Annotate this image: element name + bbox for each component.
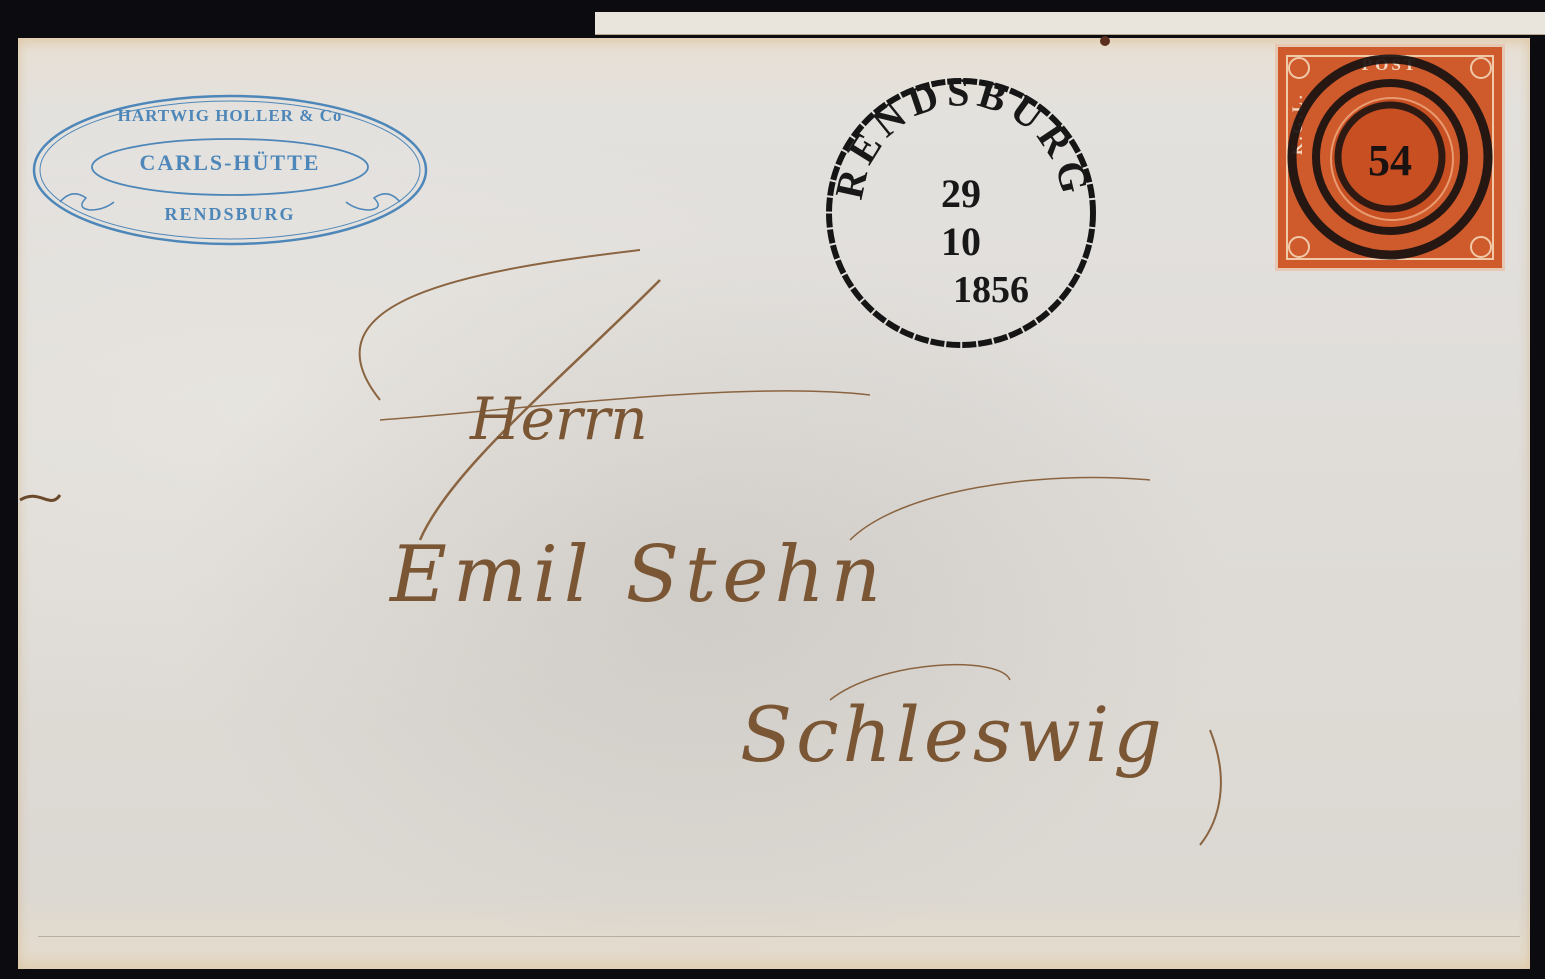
address-city: Schleswig — [740, 690, 1166, 779]
handwriting-flourish-icon — [0, 0, 1545, 979]
handwritten-address: Herrn Emil Stehn Schleswig — [0, 0, 1545, 979]
address-salutation: Herrn — [470, 385, 648, 453]
address-recipient-name: Emil Stehn — [390, 530, 887, 620]
